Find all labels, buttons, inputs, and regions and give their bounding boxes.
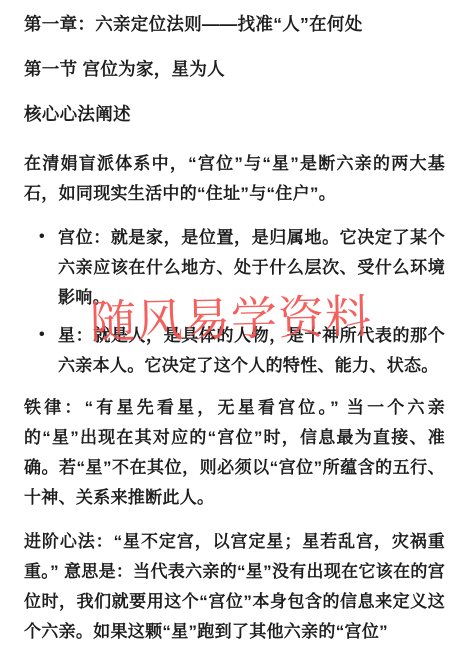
list-item-gongwei: 宫位：就是家，是位置，是归属地。它决定了某个六亲应该在什么地方、处于什么层次、受… [24, 223, 445, 313]
bullet-term: 宫位： [58, 228, 111, 247]
advanced-rule-body: 意思是：当代表六亲的“星”没有出现在它该在的宫位时，我们就要用这个“宫位”本身包… [24, 562, 445, 641]
advanced-rule-label: 进阶心法： [24, 532, 114, 551]
bullet-text: 就是人，是具体的人物，是十神所代表的那个六亲本人。它决定了这个人的特性、能力、状… [58, 326, 445, 375]
key-points-list: 宫位：就是家，是位置，是归属地。它决定了某个六亲应该在什么地方、处于什么层次、受… [24, 223, 445, 381]
intro-paragraph: 在清娟盲派体系中，“宫位”与“星”是断六亲的两大基石，如同现实生活中的“住址”与… [24, 149, 445, 209]
bullet-term: 星： [58, 326, 93, 345]
document-page: 第一章：六亲定位法则——找准“人”在何处 第一节 宫位为家，星为人 核心心法阐述… [0, 0, 465, 664]
list-item-xing: 星：就是人，是具体的人物，是十神所代表的那个六亲本人。它决定了这个人的特性、能力… [24, 321, 445, 381]
subsection-title: 核心心法阐述 [24, 104, 445, 124]
iron-rule-quote: “有星先看星，无星看宫位。” [85, 398, 339, 417]
bullet-text: 就是家，是位置，是归属地。它决定了某个六亲应该在什么地方、处于什么层次、受什么环… [58, 228, 445, 307]
advanced-rule-paragraph: 进阶心法：“星不定宫，以宫定星；星若乱宫，灾祸重重。” 意思是：当代表六亲的“星… [24, 527, 445, 647]
iron-rule-label: 铁律： [24, 398, 85, 417]
section-title: 第一节 宫位为家，星为人 [24, 59, 445, 79]
chapter-title: 第一章：六亲定位法则——找准“人”在何处 [24, 14, 445, 34]
iron-rule-paragraph: 铁律：“有星先看星，无星看宫位。” 当一个六亲的“星”出现在其对应的“宫位”时，… [24, 393, 445, 513]
